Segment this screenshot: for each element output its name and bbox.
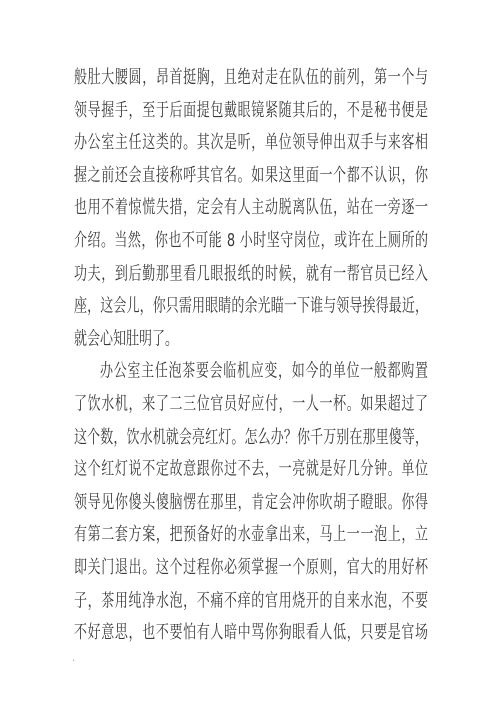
text-line: 这个数，饮水机就会亮红灯。怎么办？你千万别在那里傻等， bbox=[74, 421, 428, 454]
text-line: 了饮水机，来了二三位官员好应付，一人一杯。如果超过了 bbox=[74, 389, 428, 422]
text-line-paragraph-start: 办公室主任泡茶要会临机应变，如今的单位一般都购置 bbox=[74, 356, 428, 389]
text-line: 介绍。当然，你也不可能 8 小时坚守岗位，或许在上厕所的 bbox=[74, 225, 428, 258]
text-line: 即关门退出。这个过程你必须掌握一个原则，官大的用好杯 bbox=[74, 552, 428, 585]
text-line: 有第二套方案，把预备好的水壶拿出来，马上一一泡上，立 bbox=[74, 519, 428, 552]
text-line: 也用不着惊慌失措，定会有人主动脱离队伍，站在一旁逐一 bbox=[74, 193, 428, 226]
text-line: 功夫，到后勤那里看几眼报纸的时候，就有一帮官员已经入 bbox=[74, 258, 428, 291]
text-line-paragraph-end: 就会心知肚明了。 bbox=[74, 323, 428, 356]
document-page: 般肚大腰圆，昂首挺胸，且绝对走在队伍的前列，第一个与 领导握手，至于后面提包戴眼… bbox=[0, 0, 500, 707]
text-line: 子，茶用纯净水泡，不痛不痒的官用烧开的自来水泡，不要 bbox=[74, 585, 428, 618]
stray-punctuation-mark: . bbox=[72, 654, 75, 664]
text-line: 握之前还会直接称呼其官名。如果这里面一个都不认识，你 bbox=[74, 160, 428, 193]
text-line: 领导见你傻头傻脑愣在那里，肯定会冲你吹胡子瞪眼。你得 bbox=[74, 487, 428, 520]
text-line: 领导握手，至于后面提包戴眼镜紧随其后的，不是秘书便是 bbox=[74, 95, 428, 128]
text-line: 这个红灯说不定故意跟你过不去，一亮就是好几分钟。单位 bbox=[74, 454, 428, 487]
text-line: 座，这会儿，你只需用眼睛的余光瞄一下谁与领导挨得最近， bbox=[74, 291, 428, 324]
text-line: 办公室主任这类的。其次是听，单位领导伸出双手与来客相 bbox=[74, 127, 428, 160]
text-line: 不好意思，也不要怕有人暗中骂你狗眼看人低，只要是官场 bbox=[74, 618, 428, 651]
article-text-block: 般肚大腰圆，昂首挺胸，且绝对走在队伍的前列，第一个与 领导握手，至于后面提包戴眼… bbox=[74, 62, 428, 650]
text-line: 般肚大腰圆，昂首挺胸，且绝对走在队伍的前列，第一个与 bbox=[74, 62, 428, 95]
